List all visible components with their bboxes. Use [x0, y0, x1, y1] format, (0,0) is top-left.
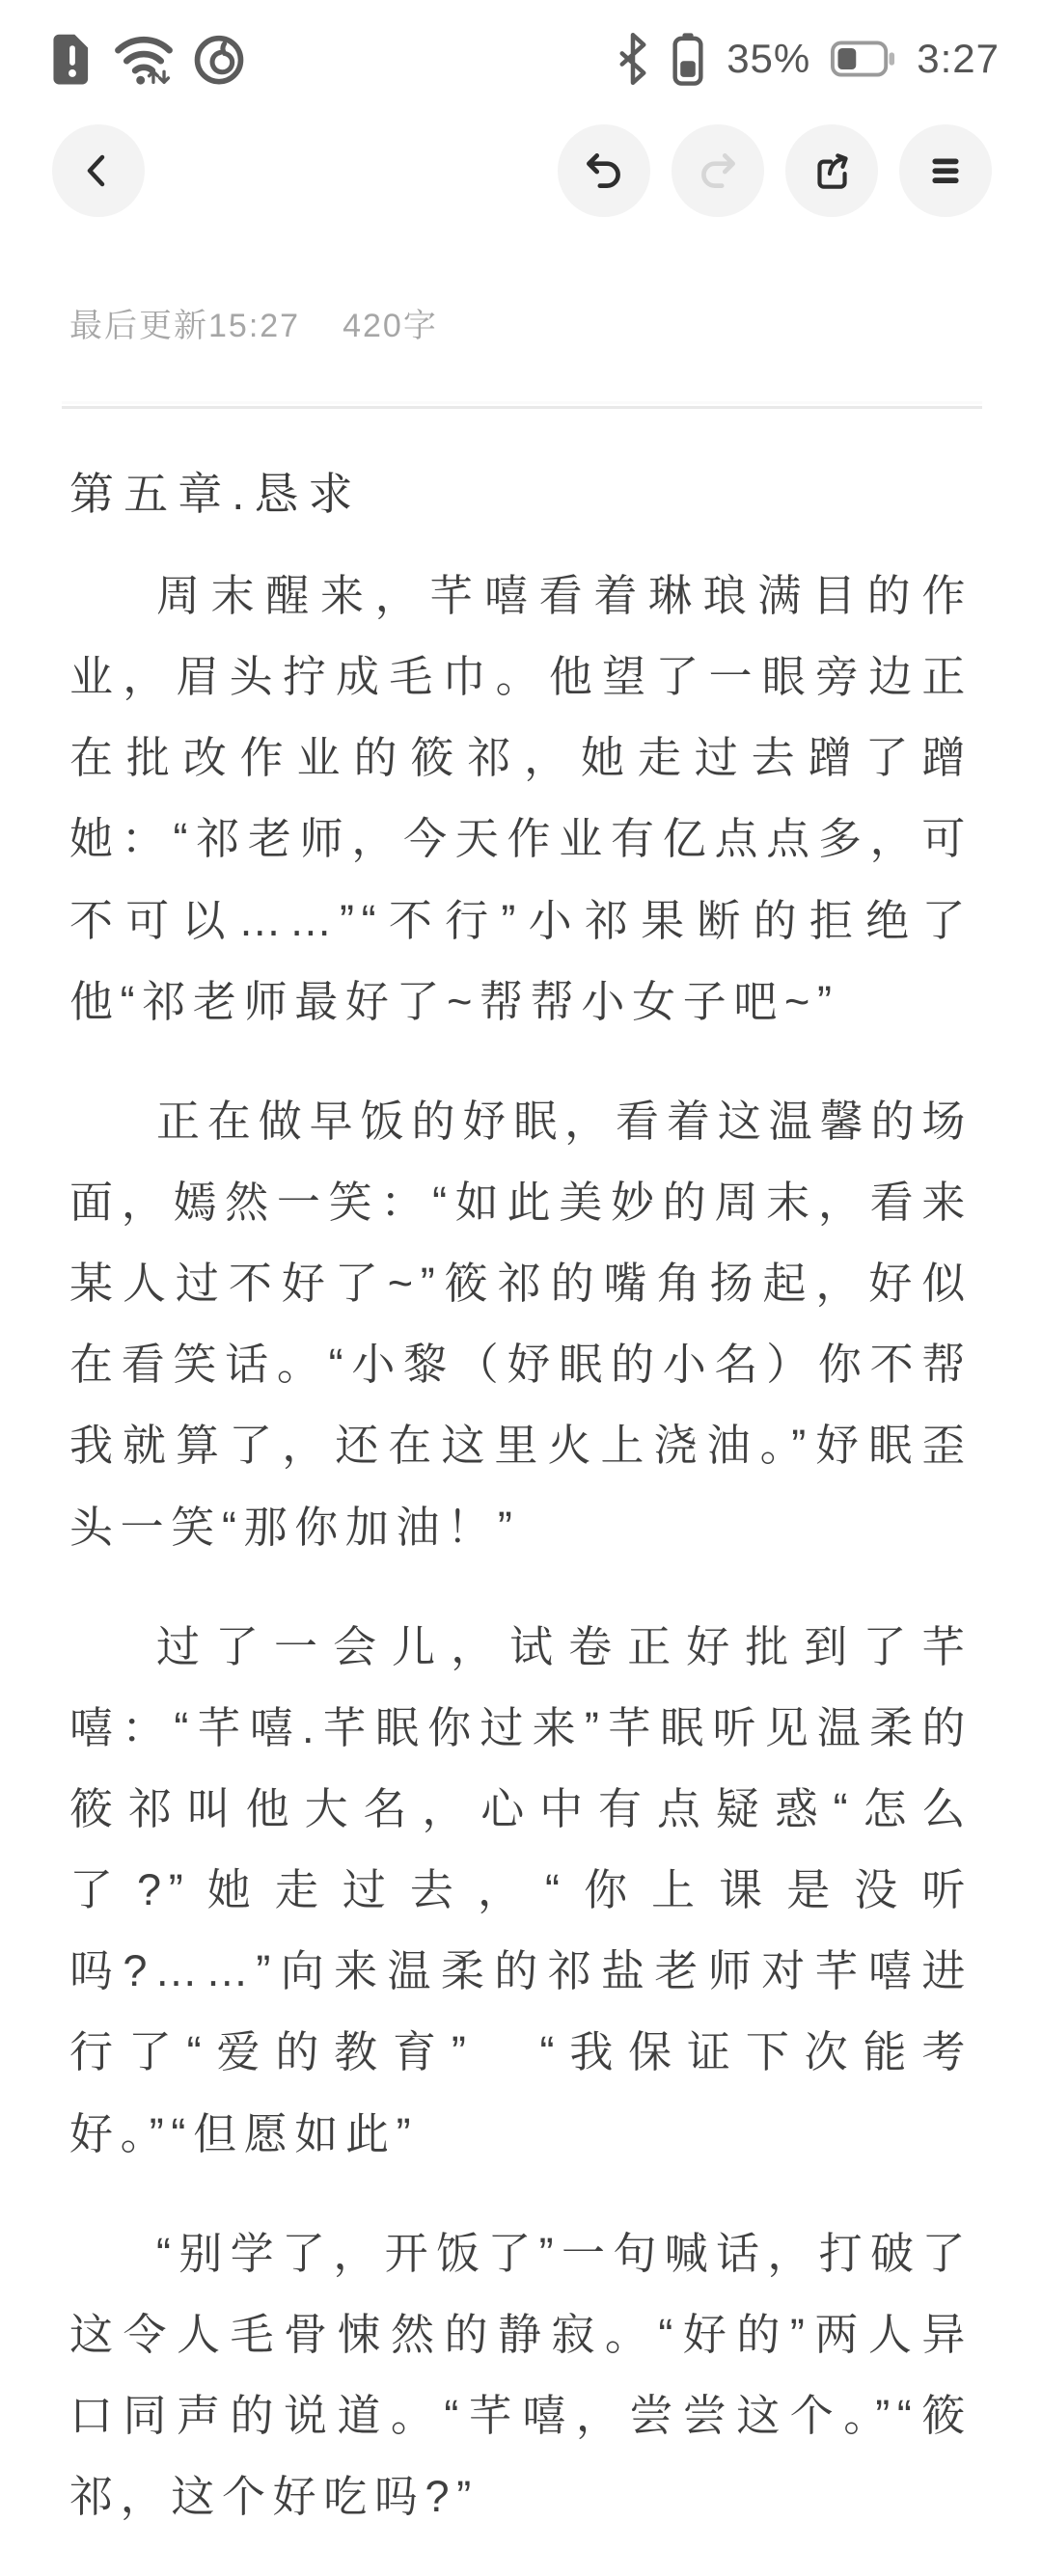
- paragraph[interactable]: 周末醒来，芊嘻看着琳琅满目的作业，眉头拧成毛巾。他望了一眼旁边正在批改作业的筱祁…: [69, 556, 973, 1043]
- share-button[interactable]: [785, 124, 878, 217]
- battery-icon: [830, 39, 897, 79]
- menu-icon: [921, 147, 970, 195]
- redo-icon: [694, 147, 742, 195]
- status-bar: 35% 3:27: [0, 0, 1042, 96]
- clock-text: 3:27: [917, 36, 1000, 82]
- document-area: 最后更新15:27420字 第五章.恳求 周末醒来，芊嘻看着琳琅满目的作业，眉头…: [0, 299, 1042, 2537]
- paragraph[interactable]: 过了一会儿，试卷正好批到了芊嘻：“芊嘻.芊眠你过来”芊眠听见温柔的筱祁叫他大名，…: [69, 1607, 973, 2175]
- chapter-title[interactable]: 第五章.恳求: [69, 459, 973, 523]
- toolbar-right-group: [558, 124, 992, 217]
- paragraph[interactable]: 正在做早饭的妤眠，看着这温馨的场面，嫣然一笑：“如此美妙的周末，看来某人过不好了…: [69, 1081, 973, 1568]
- last-updated-text: 最后更新15:27: [69, 308, 300, 344]
- undo-button[interactable]: [558, 124, 650, 217]
- status-left-icons: [50, 32, 245, 86]
- toolbar: [0, 118, 1042, 224]
- battery-percent-text: 35%: [727, 36, 810, 82]
- text-editor[interactable]: 第五章.恳求 周末醒来，芊嘻看着琳琅满目的作业，眉头拧成毛巾。他望了一眼旁边正在…: [69, 459, 973, 2537]
- bluetooth-icon: [617, 33, 649, 85]
- divider: [62, 406, 982, 409]
- undo-icon: [580, 147, 628, 195]
- word-count-text: 420字: [343, 308, 438, 344]
- wifi-icon: [114, 33, 174, 85]
- share-icon: [808, 147, 856, 195]
- netease-music-icon: [193, 33, 245, 85]
- paragraph[interactable]: “别学了，开饭了”一句喊话，打破了这令人毛骨悚然的静寂。“好的”两人异口同声的说…: [69, 2213, 973, 2538]
- doc-meta: 最后更新15:27420字: [69, 299, 973, 346]
- back-chevron-icon: [75, 148, 122, 194]
- back-button[interactable]: [52, 124, 145, 217]
- redo-button[interactable]: [672, 124, 764, 217]
- device-battery-icon: [669, 30, 707, 88]
- menu-button[interactable]: [899, 124, 992, 217]
- sim-warning-icon: [50, 32, 95, 86]
- status-right-cluster: 35% 3:27: [617, 30, 1000, 88]
